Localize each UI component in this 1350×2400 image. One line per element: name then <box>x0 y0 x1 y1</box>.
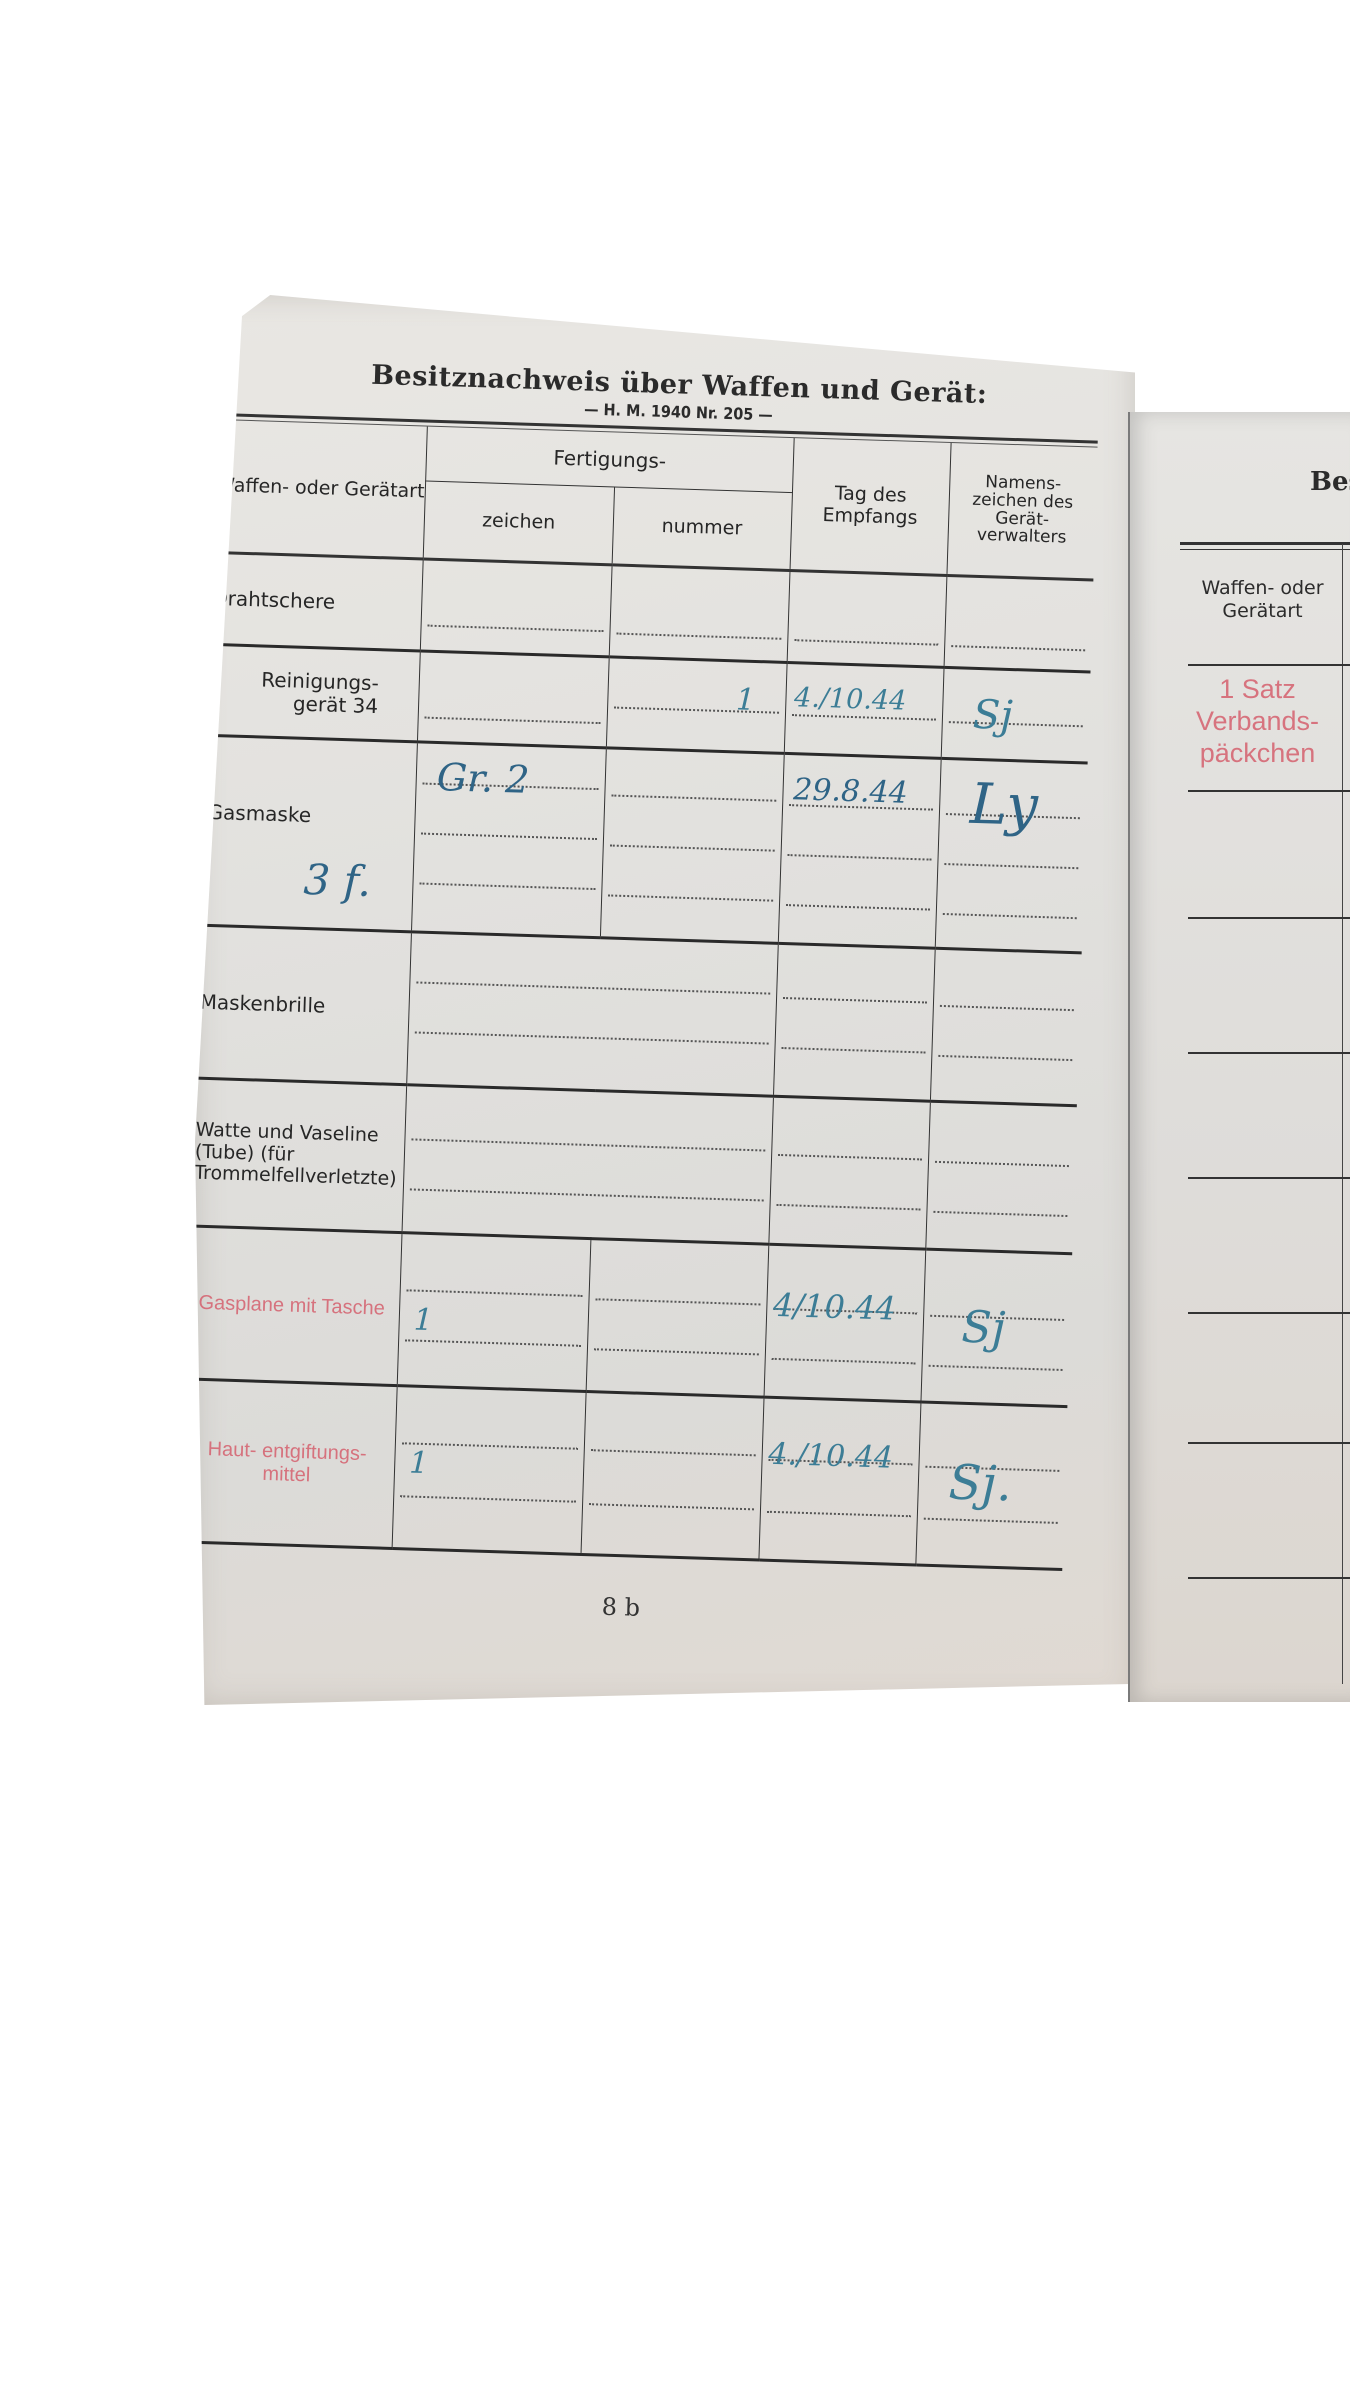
date-cell[interactable]: 4./10.44 <box>759 1397 921 1565</box>
equipment-table: Waffen- oder Gerätart Fertigungs- Tag de… <box>183 420 1098 1571</box>
mark-cell[interactable] <box>420 559 611 657</box>
signature-cell[interactable]: Ly <box>935 758 1088 953</box>
right-row-rule <box>1188 1177 1350 1179</box>
signature-cell[interactable]: Sj <box>921 1249 1072 1407</box>
number-cell[interactable] <box>609 565 790 663</box>
header-mark: zeichen <box>423 481 614 565</box>
handwritten-signature: Ly <box>969 772 1039 839</box>
table-row: Maskenbrille <box>197 925 1081 1106</box>
right-title-rule-thin <box>1180 549 1350 550</box>
handwritten-date: 4/10.44 <box>773 1286 897 1328</box>
handwritten-signature: Sj <box>961 1302 1006 1354</box>
document-page-left: Besitznachweis über Waffen und Gerät: — … <box>195 295 1135 1705</box>
right-row-rule <box>1188 1312 1350 1314</box>
handwritten-number: 1 <box>735 682 755 718</box>
handwritten-date: 4./10.44 <box>768 1437 894 1476</box>
number-cell[interactable] <box>586 1239 769 1398</box>
item-label-text: Gasmaske <box>207 801 311 827</box>
table-row: Haut- entgiftungs- mittel 1 <box>183 1379 1068 1570</box>
item-stamp: Gasplane mit Tasche <box>188 1226 402 1386</box>
right-row-rule <box>1188 790 1350 792</box>
table-row: Watte und Vaseline (Tube) (für Trommelfe… <box>193 1078 1077 1254</box>
handwritten-size: Gr. 2 <box>436 755 530 802</box>
date-cell[interactable] <box>773 943 935 1101</box>
right-row-rule <box>1188 917 1350 919</box>
item-label: Drahtschere <box>211 552 423 651</box>
table-row: Gasmaske 3 f. Gr. 2 <box>202 735 1088 953</box>
item-label: Reinigungs- gerät 34 <box>208 644 420 742</box>
mark-cell[interactable]: 1 <box>397 1233 590 1392</box>
right-header-item-type: Waffen- oder Gerätart <box>1185 577 1340 623</box>
signature-cell[interactable] <box>926 1101 1077 1254</box>
table-row: Gasplane mit Tasche 1 <box>188 1226 1072 1407</box>
right-row-rule <box>1188 1052 1350 1054</box>
signature-cell[interactable] <box>944 575 1094 672</box>
handwritten-signature: Sj <box>972 692 1013 739</box>
header-item-type: Waffen- oder Gerätart <box>214 420 428 559</box>
page-content: Besitznachweis über Waffen und Gerät: — … <box>181 355 1100 1635</box>
header-number: nummer <box>612 487 792 571</box>
mark-number-cell[interactable] <box>407 932 778 1096</box>
mark-cell[interactable]: Gr. 2 <box>411 742 605 938</box>
item-stamp: Haut- entgiftungs- mittel <box>183 1379 398 1549</box>
document-page-right: Bes Waffen- oder Gerätart 1 Satz Verband… <box>1128 412 1350 1702</box>
handwritten-date: 29.8.44 <box>793 772 909 811</box>
handwritten-quantity: 1 <box>413 1303 433 1339</box>
handwritten-signature: Sj. <box>948 1454 1013 1512</box>
handwritten-date: 4./10.44 <box>794 682 907 717</box>
signature-cell[interactable] <box>930 948 1081 1106</box>
signature-cell[interactable]: Sj. <box>916 1402 1068 1570</box>
date-cell[interactable] <box>787 571 947 668</box>
number-cell[interactable] <box>600 748 784 944</box>
right-row-rule <box>1188 664 1350 666</box>
right-row-rule <box>1188 1442 1350 1444</box>
number-cell[interactable] <box>581 1391 764 1560</box>
signature-cell[interactable]: Sj <box>941 667 1090 763</box>
number-cell[interactable]: 1 <box>606 657 787 754</box>
item-label: Maskenbrille <box>197 925 411 1085</box>
header-signature: Namens- zeichen des Gerät- verwalters <box>947 443 1098 580</box>
date-cell[interactable]: 29.8.44 <box>778 753 941 948</box>
item-label: Gasmaske 3 f. <box>202 735 417 931</box>
handwritten-quantity: 1 <box>409 1446 429 1482</box>
date-cell[interactable]: 4/10.44 <box>764 1244 926 1402</box>
page-number: 8 b <box>181 1579 1061 1635</box>
mark-cell[interactable]: 1 <box>392 1386 586 1555</box>
date-cell[interactable] <box>769 1096 931 1249</box>
mark-cell[interactable] <box>417 651 608 748</box>
right-page-title-fragment: Bes <box>1310 467 1350 497</box>
right-row-rule <box>1188 1577 1350 1579</box>
date-cell[interactable]: 4./10.44 <box>784 662 944 758</box>
header-date-received: Tag des Empfangs <box>790 438 951 575</box>
item-label: Watte und Vaseline (Tube) (für Trommelfe… <box>193 1078 407 1233</box>
mark-number-cell[interactable] <box>402 1085 773 1244</box>
right-item-stamp: 1 Satz Verbands- päckchen <box>1170 674 1345 770</box>
handwritten-note: 3 f. <box>303 856 372 906</box>
right-title-rule <box>1180 542 1350 545</box>
